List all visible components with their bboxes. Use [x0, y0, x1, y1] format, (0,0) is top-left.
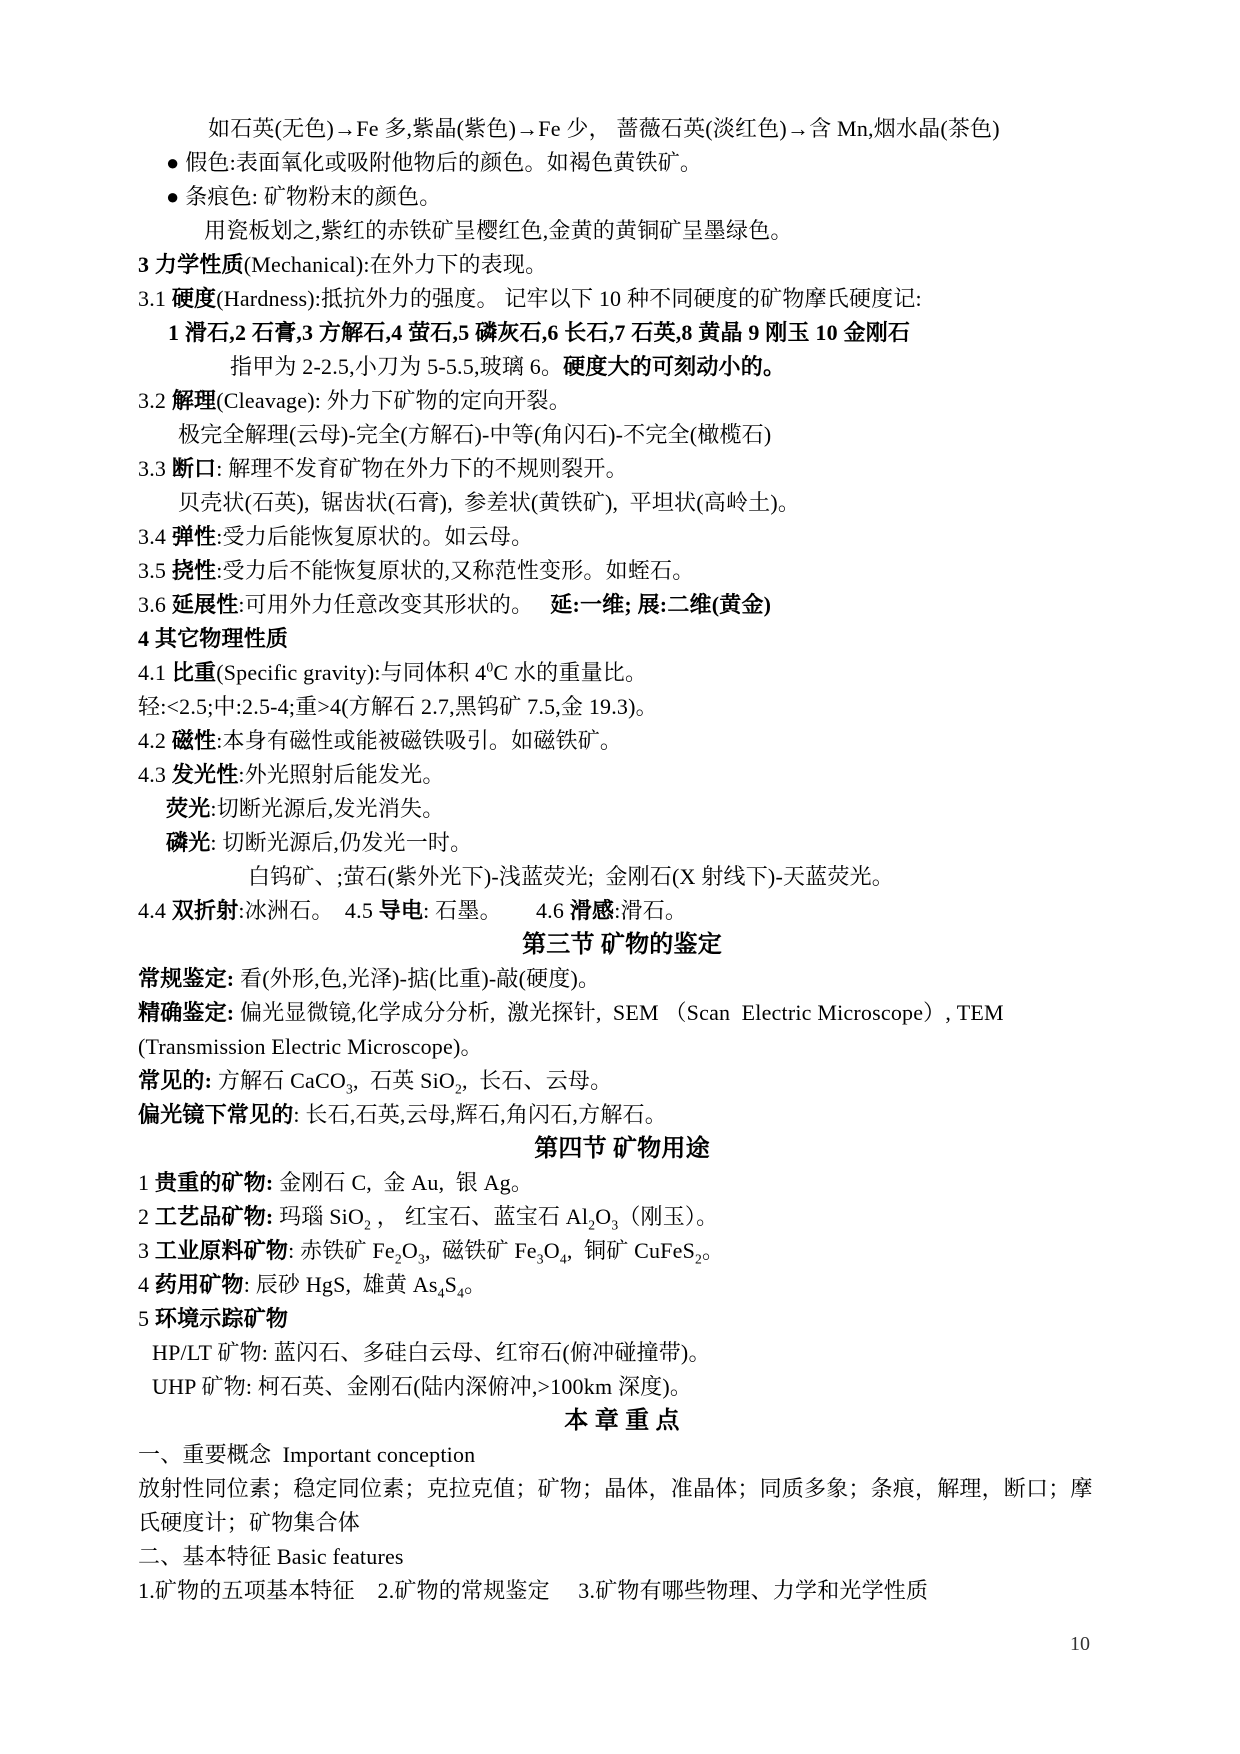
text-segment: O	[402, 1238, 418, 1263]
paragraph-line: 2 工艺品矿物: 玛瑙 SiO2 ， 红宝石、蓝宝石 Al2O3（刚玉）。	[138, 1200, 1106, 1234]
text-segment: 解理	[172, 388, 216, 413]
text-segment: 轻:<2.5;中:2.5-4;重>4(方解石 2.7,黑钨矿 7.5,金 19.…	[138, 694, 658, 719]
text-segment: :可用外力任意改变其形状的。	[238, 592, 550, 617]
text-segment: 4	[138, 1272, 155, 1297]
text-segment: 金刚石 C, 金 Au, 银 Ag。	[273, 1170, 533, 1195]
bullet-item: ● 假色:表面氧化或吸附他物后的颜色。如褐色黄铁矿。	[138, 146, 1106, 180]
text-segment: 3.6	[138, 592, 172, 617]
text-segment: 3.4	[138, 524, 172, 549]
paragraph-line: 3 工业原料矿物: 赤铁矿 Fe2O3, 磁铁矿 Fe3O4, 铜矿 CuFeS…	[138, 1234, 1106, 1268]
text-segment: : 长石,石英,云母,辉石,角闪石,方解石。	[293, 1102, 667, 1127]
text-segment: 5	[138, 1306, 155, 1331]
text-segment: 贵重的矿物:	[155, 1170, 274, 1195]
paragraph-line: 3.5 挠性:受力后不能恢复原状的,又称范性变形。如蛭石。	[138, 554, 1106, 588]
paragraph-line: (Transmission Electric Microscope)。	[138, 1030, 1106, 1064]
text-segment: 一、重要概念 Important conception	[138, 1442, 475, 1467]
paragraph-line: 二、基本特征 Basic features	[138, 1540, 1106, 1574]
text-segment: 。	[464, 1272, 486, 1297]
text-segment: 看(外形,色,光泽)-掂(比重)-敲(硬度)。	[234, 966, 600, 991]
text-segment: 3 力学性质	[138, 252, 244, 277]
text-segment: 用瓷板划之,紫红的赤铁矿呈樱红色,金黄的黄铜矿呈墨绿色。	[204, 218, 793, 243]
text-segment: 偏光镜下常见的	[138, 1102, 293, 1127]
text-segment: 双折射	[172, 898, 239, 923]
document-body: 如石英(无色)→Fe 多,紫晶(紫色)→Fe 少， 蔷薇石英(淡红色)→含 Mn…	[138, 112, 1106, 1608]
text-segment: 3	[138, 1238, 155, 1263]
text-segment: , 长石、云母。	[462, 1068, 612, 1093]
paragraph-line: 氏硬度计；矿物集合体	[138, 1506, 1106, 1540]
text-segment: 玛瑙 SiO	[273, 1204, 364, 1229]
text-segment: O	[544, 1238, 560, 1263]
text-segment: 3.2	[138, 388, 172, 413]
text-segment: , 铜矿 CuFeS	[567, 1238, 695, 1263]
paragraph-line: 4.3 发光性:外光照射后能发光。	[138, 758, 1106, 792]
text-segment: 2	[455, 1081, 462, 1096]
text-segment: 比重	[172, 660, 216, 685]
text-segment: 第四节 矿物用途	[534, 1136, 710, 1162]
text-segment: 工艺品矿物:	[155, 1204, 274, 1229]
page-number: 10	[1060, 1630, 1100, 1658]
text-segment: 放射性同位素；稳定同位素；克拉克值；矿物；晶体，准晶体；同质多象；条痕，解理，断…	[138, 1476, 1093, 1501]
section-heading: 第三节 矿物的鉴定	[138, 928, 1106, 962]
text-segment: 硬度大的可刻动小的。	[563, 354, 785, 379]
text-segment: :本身有磁性或能被磁铁吸引。如磁铁矿。	[216, 728, 622, 753]
text-segment: :受力后能恢复原状的。如云母。	[216, 524, 533, 549]
text-segment: (Transmission Electric Microscope)。	[138, 1034, 483, 1059]
text-segment: 荧光	[166, 796, 210, 821]
paragraph-line: 轻:<2.5;中:2.5-4;重>4(方解石 2.7,黑钨矿 7.5,金 19.…	[138, 690, 1106, 724]
text-segment: :切断光源后,发光消失。	[210, 796, 444, 821]
paragraph-line: 常规鉴定: 看(外形,色,光泽)-掂(比重)-敲(硬度)。	[138, 962, 1106, 996]
paragraph-line: 4.4 双折射:冰洲石。 4.5 导电: 石墨。 4.6 滑感:滑石。	[138, 894, 1106, 928]
text-segment: :滑石。	[614, 898, 687, 923]
text-segment: 第三节 矿物的鉴定	[522, 932, 722, 958]
text-segment: : 切断光源后,仍发光一时。	[210, 830, 472, 855]
text-segment: 导电	[379, 898, 423, 923]
text-segment: 4.4	[138, 898, 172, 923]
text-segment: 如石英(无色)→Fe 多,紫晶(紫色)→Fe 少， 蔷薇石英(淡红色)→含 Mn…	[208, 116, 1000, 141]
text-segment: 3	[418, 1251, 425, 1266]
section-heading: 第四节 矿物用途	[138, 1132, 1106, 1166]
paragraph-line: 贝壳状(石英), 锯齿状(石膏), 参差状(黄铁矿), 平坦状(高岭土)。	[138, 486, 1106, 520]
text-segment: 环境示踪矿物	[155, 1306, 288, 1331]
text-segment: ●	[166, 150, 185, 175]
text-segment: 滑感	[570, 898, 614, 923]
text-segment: 磁性	[172, 728, 216, 753]
text-segment: 假色:表面氧化或吸附他物后的颜色。如褐色黄铁矿。	[185, 150, 702, 175]
text-segment: 常见的:	[138, 1068, 212, 1093]
text-segment: (Specific gravity):与同体积 4	[216, 660, 486, 685]
text-segment: （刚玉）。	[618, 1204, 718, 1229]
text-segment: 3.5	[138, 558, 172, 583]
text-segment: 3.3	[138, 456, 172, 481]
paragraph-line: 荧光:切断光源后,发光消失。	[138, 792, 1106, 826]
text-segment: ， 红宝石、蓝宝石 Al	[371, 1204, 588, 1229]
document-page: 如石英(无色)→Fe 多,紫晶(紫色)→Fe 少， 蔷薇石英(淡红色)→含 Mn…	[0, 0, 1240, 1754]
text-segment: 硬度	[172, 286, 216, 311]
text-segment: : 解理不发育矿物在外力下的不规则裂开。	[216, 456, 628, 481]
text-segment: 断口	[172, 456, 216, 481]
text-segment: 指甲为 2-2.5,小刀为 5-5.5,玻璃 6。	[230, 354, 563, 379]
text-segment: 延展性	[172, 592, 239, 617]
text-segment: 二、基本特征 Basic features	[138, 1544, 404, 1569]
paragraph-line: UHP 矿物: 柯石英、金刚石(陆内深俯冲,>100km 深度)。	[138, 1370, 1106, 1404]
text-segment: 延:一维; 展:二维(黄金)	[550, 592, 771, 617]
bullet-item: ● 条痕色: 矿物粉末的颜色。	[138, 180, 1106, 214]
paragraph-line: 3.2 解理(Cleavage): 外力下矿物的定向开裂。	[138, 384, 1106, 418]
text-segment: 氏硬度计；矿物集合体	[138, 1510, 360, 1535]
text-segment: UHP 矿物: 柯石英、金刚石(陆内深俯冲,>100km 深度)。	[152, 1374, 692, 1399]
text-segment: C 水的重量比。	[493, 660, 647, 685]
paragraph-line: 3.6 延展性:可用外力任意改变其形状的。 延:一维; 展:二维(黄金)	[138, 588, 1106, 622]
paragraph-line: 3.3 断口: 解理不发育矿物在外力下的不规则裂开。	[138, 452, 1106, 486]
text-segment: 4.1	[138, 660, 172, 685]
text-segment: , 磁铁矿 Fe	[425, 1238, 537, 1263]
text-segment: 3	[537, 1251, 544, 1266]
paragraph-line: 精确鉴定: 偏光显微镜,化学成分分析, 激光探针, SEM （Scan Elec…	[138, 996, 1106, 1030]
text-segment: 精确鉴定:	[138, 1000, 234, 1025]
text-segment: 3	[346, 1081, 353, 1096]
text-segment: S	[445, 1272, 457, 1297]
paragraph-line: 指甲为 2-2.5,小刀为 5-5.5,玻璃 6。硬度大的可刻动小的。	[138, 350, 1106, 384]
text-segment: 条痕色: 矿物粉末的颜色。	[185, 184, 441, 209]
text-segment: 工业原料矿物	[155, 1238, 288, 1263]
text-segment: 2	[695, 1251, 702, 1266]
text-segment: 4.2	[138, 728, 172, 753]
paragraph-line: 一、重要概念 Important conception	[138, 1438, 1106, 1472]
text-segment: 。	[702, 1238, 724, 1263]
text-segment: (Hardness):抵抗外力的强度。 记牢以下 10 种不同硬度的矿物摩氏硬度…	[216, 286, 922, 311]
paragraph-line: 3.4 弹性:受力后能恢复原状的。如云母。	[138, 520, 1106, 554]
paragraph-line: 4 药用矿物: 辰砂 HgS, 雄黄 As4S4。	[138, 1268, 1106, 1302]
text-segment: , 石英 SiO	[353, 1068, 455, 1093]
text-segment: :冰洲石。 4.5	[238, 898, 378, 923]
paragraph-line: 1 滑石,2 石膏,3 方解石,4 萤石,5 磷灰石,6 长石,7 石英,8 黄…	[138, 316, 1106, 350]
paragraph-line: 极完全解理(云母)-完全(方解石)-中等(角闪石)-不完全(橄榄石)	[138, 418, 1106, 452]
text-segment: 极完全解理(云母)-完全(方解石)-中等(角闪石)-不完全(橄榄石)	[178, 422, 771, 447]
paragraph-line: 3.1 硬度(Hardness):抵抗外力的强度。 记牢以下 10 种不同硬度的…	[138, 282, 1106, 316]
text-segment: ●	[166, 184, 185, 209]
paragraph-line: 1.矿物的五项基本特征 2.矿物的常规鉴定 3.矿物有哪些物理、力学和光学性质	[138, 1574, 1106, 1608]
text-segment: 贝壳状(石英), 锯齿状(石膏), 参差状(黄铁矿), 平坦状(高岭土)。	[178, 490, 800, 515]
paragraph-line: 磷光: 切断光源后,仍发光一时。	[138, 826, 1106, 860]
text-segment: 3.1	[138, 286, 172, 311]
text-segment: 白钨矿、;萤石(紫外光下)-浅蓝荧光; 金刚石(X 射线下)-天蓝荧光。	[248, 864, 894, 889]
paragraph-line: 放射性同位素；稳定同位素；克拉克值；矿物；晶体，准晶体；同质多象；条痕，解理，断…	[138, 1472, 1106, 1506]
text-segment: 4	[560, 1251, 567, 1266]
text-segment: 1.矿物的五项基本特征 2.矿物的常规鉴定 3.矿物有哪些物理、力学和光学性质	[138, 1578, 928, 1603]
text-segment: :外光照射后能发光。	[238, 762, 444, 787]
paragraph-line: 4 其它物理性质	[138, 622, 1106, 656]
text-segment: 磷光	[166, 830, 210, 855]
paragraph-line: 白钨矿、;萤石(紫外光下)-浅蓝荧光; 金刚石(X 射线下)-天蓝荧光。	[138, 860, 1106, 894]
paragraph-line: 常见的: 方解石 CaCO3, 石英 SiO2, 长石、云母。	[138, 1064, 1106, 1098]
text-segment: 发光性	[172, 762, 239, 787]
paragraph-line: 如石英(无色)→Fe 多,紫晶(紫色)→Fe 少， 蔷薇石英(淡红色)→含 Mn…	[138, 112, 1106, 146]
text-segment: 常规鉴定:	[138, 966, 234, 991]
text-segment: 4	[438, 1285, 445, 1300]
paragraph-line: 用瓷板划之,紫红的赤铁矿呈樱红色,金黄的黄铜矿呈墨绿色。	[138, 214, 1106, 248]
text-segment: : 辰砂 HgS, 雄黄 As	[244, 1272, 438, 1297]
text-segment: 1	[138, 1170, 155, 1195]
text-segment: 2	[138, 1204, 155, 1229]
text-segment: : 赤铁矿 Fe	[288, 1238, 395, 1263]
text-segment: 药用矿物	[155, 1272, 244, 1297]
text-segment: O	[595, 1204, 611, 1229]
paragraph-line: 4.1 比重(Specific gravity):与同体积 40C 水的重量比。	[138, 656, 1106, 690]
text-segment: 2	[395, 1251, 402, 1266]
text-segment: 1 滑石,2 石膏,3 方解石,4 萤石,5 磷灰石,6 长石,7 石英,8 黄…	[168, 320, 910, 345]
text-segment: 偏光显微镜,化学成分分析, 激光探针, SEM （Scan Electric M…	[234, 1000, 1004, 1025]
text-segment: 挠性	[172, 558, 216, 583]
paragraph-line: 3 力学性质(Mechanical):在外力下的表现。	[138, 248, 1106, 282]
text-segment: (Mechanical):在外力下的表现。	[244, 252, 548, 277]
paragraph-line: 1 贵重的矿物: 金刚石 C, 金 Au, 银 Ag。	[138, 1166, 1106, 1200]
paragraph-line: 4.2 磁性:本身有磁性或能被磁铁吸引。如磁铁矿。	[138, 724, 1106, 758]
paragraph-line: 偏光镜下常见的: 长石,石英,云母,辉石,角闪石,方解石。	[138, 1098, 1106, 1132]
text-segment: 弹性	[172, 524, 216, 549]
paragraph-line: HP/LT 矿物: 蓝闪石、多硅白云母、红帘石(俯冲碰撞带)。	[138, 1336, 1106, 1370]
paragraph-line: 5 环境示踪矿物	[138, 1302, 1106, 1336]
text-segment: : 石墨。 4.6	[423, 898, 570, 923]
section-heading: 本 章 重 点	[138, 1404, 1106, 1438]
text-segment: 4 其它物理性质	[138, 626, 288, 651]
text-segment: (Cleavage): 外力下矿物的定向开裂。	[216, 388, 571, 413]
text-segment: 本 章 重 点	[564, 1408, 679, 1434]
text-segment: HP/LT 矿物: 蓝闪石、多硅白云母、红帘石(俯冲碰撞带)。	[152, 1340, 711, 1365]
text-segment: 方解石 CaCO	[212, 1068, 346, 1093]
text-segment: :受力后不能恢复原状的,又称范性变形。如蛭石。	[216, 558, 694, 583]
text-segment: 4.3	[138, 762, 172, 787]
